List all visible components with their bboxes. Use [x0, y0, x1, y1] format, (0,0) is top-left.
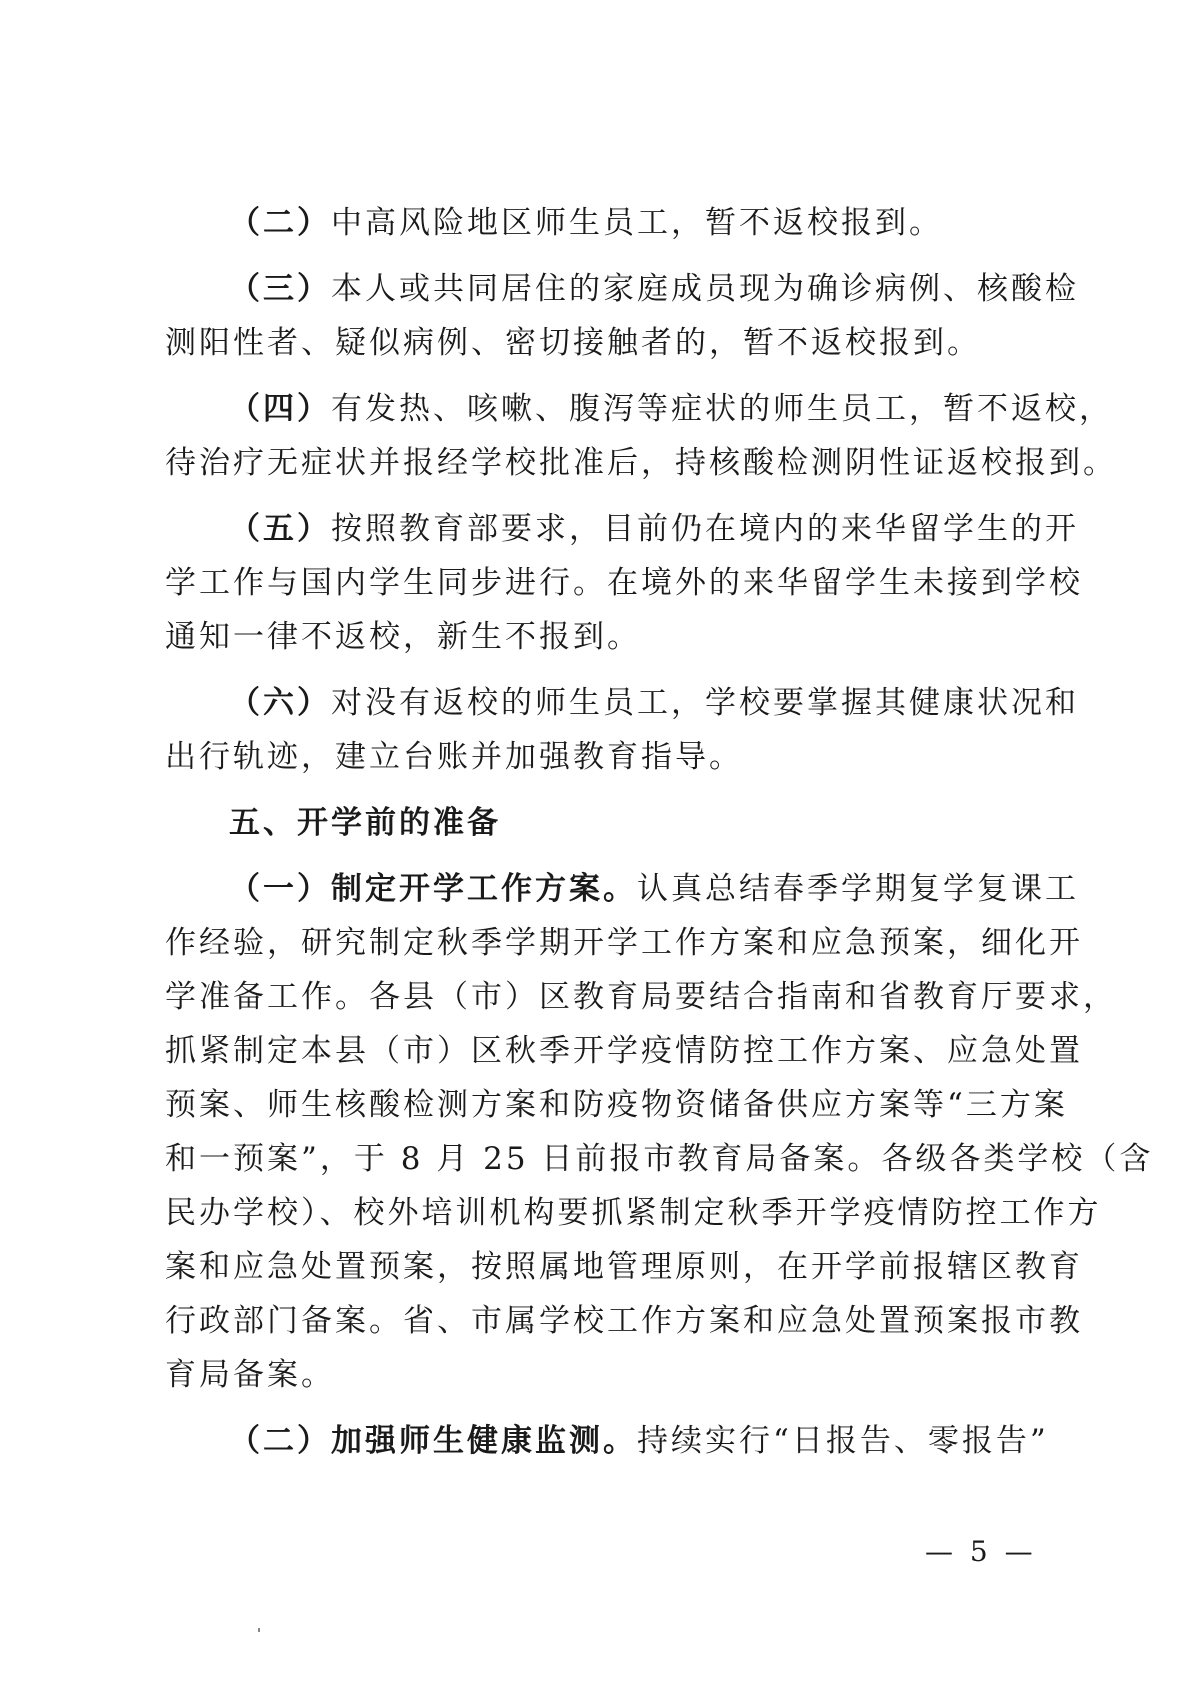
line-text: 本人或共同居住的家庭成员现为确诊病例、核酸检 [331, 271, 1079, 307]
paragraph-line: 行政部门备案。省、市属学校工作方案和应急处置预案报市教 [165, 1294, 1035, 1348]
page-number: — 5 — [925, 1535, 1037, 1568]
line-text: 学准备工作。各县（市）区教育局要结合指南和省教育厅要求， [165, 979, 1117, 1015]
document-page-body: （二）中高风险地区师生员工，暂不返校报到。 （三）本人或共同居住的家庭成员现为确… [165, 196, 1035, 1468]
line-text: 出行轨迹，建立台账并加强教育指导。 [165, 739, 743, 775]
line-text: 对没有返校的师生员工，学校要掌握其健康状况和 [331, 685, 1079, 721]
line-text: 育局备案。 [165, 1357, 335, 1393]
line-text: 通知一律不返校，新生不报到。 [165, 619, 641, 655]
paragraph-line: （五）按照教育部要求，目前仍在境内的来华留学生的开 [165, 502, 1035, 556]
section-heading: 五、开学前的准备 [165, 796, 1035, 850]
paragraph-line: 作经验，研究制定秋季学期开学工作方案和应急预案，细化开 [165, 916, 1035, 970]
item-marker: （四） [229, 391, 331, 427]
paragraph-line: （四）有发热、咳嗽、腹泻等症状的师生员工，暂不返校， [165, 382, 1035, 436]
paragraph-line: 出行轨迹，建立台账并加强教育指导。 [165, 730, 1035, 784]
line-text: 持续实行“日报告、零报告” [637, 1423, 1049, 1459]
paragraph-line: 预案、师生核酸检测方案和防疫物资储备供应方案等“三方案 [165, 1078, 1035, 1132]
paragraph-line: （二）加强师生健康监测。持续实行“日报告、零报告” [165, 1414, 1035, 1468]
line-text: 中高风险地区师生员工，暂不返校报到。 [331, 205, 943, 241]
item-marker: （二） [229, 205, 331, 241]
paragraph-line: 通知一律不返校，新生不报到。 [165, 610, 1035, 664]
line-text: 待治疗无症状并报经学校批准后，持核酸检测阴性证返校报到。 [165, 445, 1117, 481]
paragraph-line: （一）制定开学工作方案。认真总结春季学期复学复课工 [165, 862, 1035, 916]
item-marker: （六） [229, 685, 331, 721]
item-marker: （二）加强师生健康监测。 [229, 1423, 637, 1459]
line-text: 认真总结春季学期复学复课工 [637, 871, 1079, 907]
line-text: 和一预案”，于 8 月 25 日前报市教育局备案。各级各类学校（含 [165, 1141, 1153, 1177]
line-text: 有发热、咳嗽、腹泻等症状的师生员工，暂不返校， [331, 391, 1113, 427]
line-text: 抓紧制定本县（市）区秋季开学疫情防控工作方案、应急处置 [165, 1033, 1083, 1069]
paragraph-line: 待治疗无症状并报经学校批准后，持核酸检测阴性证返校报到。 [165, 436, 1035, 490]
paragraph-line: （三）本人或共同居住的家庭成员现为确诊病例、核酸检 [165, 262, 1035, 316]
paragraph-line: 案和应急处置预案，按照属地管理原则，在开学前报辖区教育 [165, 1240, 1035, 1294]
line-text: 案和应急处置预案，按照属地管理原则，在开学前报辖区教育 [165, 1249, 1083, 1285]
line-text: 测阳性者、疑似病例、密切接触者的，暂不返校报到。 [165, 325, 981, 361]
paragraph-line: 和一预案”，于 8 月 25 日前报市教育局备案。各级各类学校（含 [165, 1132, 1035, 1186]
paragraph-line: 测阳性者、疑似病例、密切接触者的，暂不返校报到。 [165, 316, 1035, 370]
paragraph-line: 学工作与国内学生同步进行。在境外的来华留学生未接到学校 [165, 556, 1035, 610]
paragraph-line: （六）对没有返校的师生员工，学校要掌握其健康状况和 [165, 676, 1035, 730]
line-text: 学工作与国内学生同步进行。在境外的来华留学生未接到学校 [165, 565, 1083, 601]
paragraph-line: 抓紧制定本县（市）区秋季开学疫情防控工作方案、应急处置 [165, 1024, 1035, 1078]
paragraph-line: 学准备工作。各县（市）区教育局要结合指南和省教育厅要求， [165, 970, 1035, 1024]
item-marker: （一）制定开学工作方案。 [229, 871, 637, 907]
line-text: 行政部门备案。省、市属学校工作方案和应急处置预案报市教 [165, 1303, 1083, 1339]
scan-artifact [258, 1628, 260, 1632]
item-marker: （三） [229, 271, 331, 307]
line-text: 预案、师生核酸检测方案和防疫物资储备供应方案等“三方案 [165, 1087, 1068, 1123]
line-text: 作经验，研究制定秋季学期开学工作方案和应急预案，细化开 [165, 925, 1083, 961]
line-text: 按照教育部要求，目前仍在境内的来华留学生的开 [331, 511, 1079, 547]
line-text: 民办学校）、校外培训机构要抓紧制定秋季开学疫情防控工作方 [165, 1195, 1102, 1231]
paragraph-line: 民办学校）、校外培训机构要抓紧制定秋季开学疫情防控工作方 [165, 1186, 1035, 1240]
item-marker: （五） [229, 511, 331, 547]
paragraph-line: 育局备案。 [165, 1348, 1035, 1402]
paragraph-line: （二）中高风险地区师生员工，暂不返校报到。 [165, 196, 1035, 250]
